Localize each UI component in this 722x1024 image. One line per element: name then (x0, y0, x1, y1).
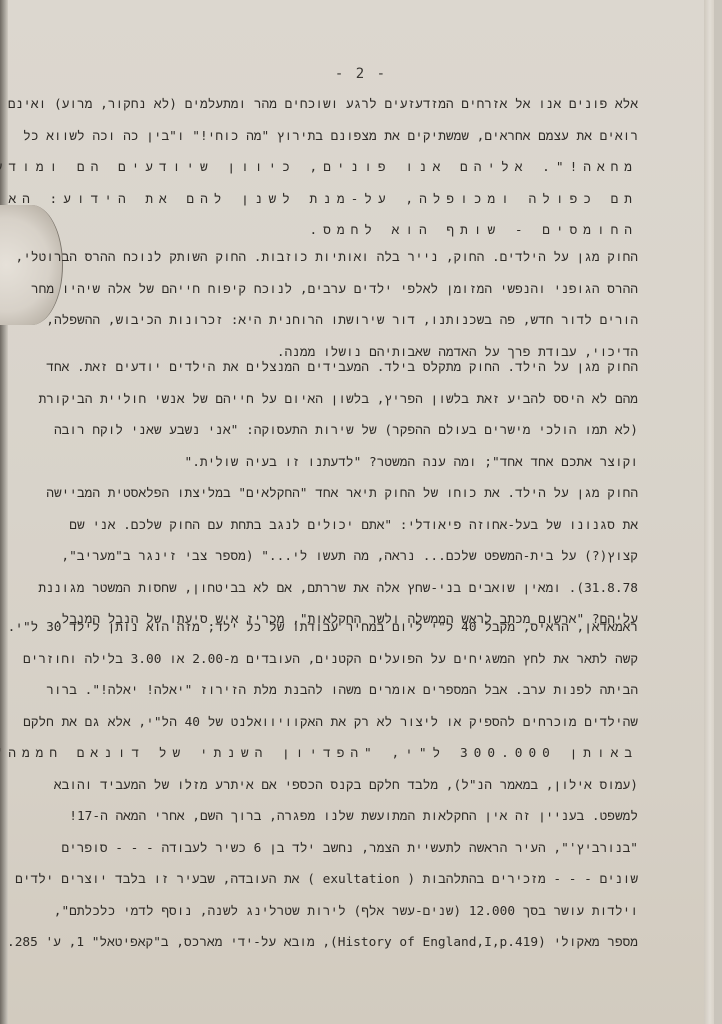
text-line: 31.8.78). ומאין שואבים בני-שחץ אלה את שר… (66, 573, 638, 605)
text-line: רואים את עצמם אחראים, שמשתיקים את מצפונם… (66, 121, 638, 153)
text-line: למשפט. בעניין זה אין החקלאות המתועשת שלנ… (66, 801, 638, 833)
text-line: ראמאדאן, הראיס, מקבל 40 ל"י ליום במחיר ע… (66, 612, 638, 644)
text-line: הביתה לפנות ערב. אבל המספרים אומרים משהו… (66, 675, 638, 707)
text-line: (עמוס אילון, במאמר הנ"ל), מלבד חלקם בקנס… (66, 770, 638, 802)
text-line: החוק מגן על הילדים. החוק, נייר בלה ואותי… (66, 242, 638, 274)
text-line: ההרס הגופני והנפשי המזומן לאלפי ילדים ער… (66, 274, 638, 306)
paragraph-3: החוק מגן על הילד. החוק מתקלס בילד. המעבי… (66, 352, 638, 478)
paragraph-2: החוק מגן על הילדים. החוק, נייר בלה ואותי… (66, 242, 638, 368)
text-line: מחאה!". אליהם אנו פונים, כיוון שיודעים ה… (66, 152, 638, 184)
text-line: "בנורביץ'", העיר הראשה לתעשיית הצמר, נחש… (66, 833, 638, 865)
text-line: שונים - - - מזכירים בהתלהבות ( exultatio… (66, 864, 638, 896)
text-line: (לא תמו הולכי מישרים בעולם ההפקר) של שיר… (66, 415, 638, 447)
text-line: תם כפולה ומכופלה, על-מנת לשנן להם את היד… (66, 184, 638, 216)
text-line: אלא פונים אנו אל אזרחים המזדעזעים לרגע ו… (66, 89, 638, 121)
text-line: את סגנונו של בעל-אחוזה פיאודלי: "אתם יכו… (66, 510, 638, 542)
text-line: החוק מגן על הילד. החוק מתקלס בילד. המעבי… (66, 352, 638, 384)
text-line: קצוץ(?) על בית-המשפט שלכם... נראה, מה תע… (66, 541, 638, 573)
text-line: מהם לא היסס להביע זאת בלשון הפריץ, בלשון… (66, 384, 638, 416)
text-line: החוק מגן על הילד. את כוחו של החוק תיאר א… (66, 478, 638, 510)
page-number: - 2 - (0, 66, 722, 82)
paragraph-1: אלא פונים אנו אל אזרחים המזדעזעים לרגע ו… (66, 89, 638, 247)
text-line: הורים לדור חדש, פה בשכנותנו, דור שירושתו… (66, 305, 638, 337)
page-right-edge (704, 0, 714, 1024)
text-line: מספר מאקולי (History of England,I,p.419)… (66, 927, 638, 959)
text-line: שהילדים מוכרחים להספיק או ליצור לא רק את… (66, 707, 638, 739)
text-line: קשה לתאר את לחץ המשגיחים על הפועלים הקטנ… (66, 644, 638, 676)
text-line: באותן 300.000 ל"י, "הפדיון השנתי של דונא… (66, 738, 638, 770)
text-line: וקוצר אתכם אחד אחד"; ומה ענה המשטר? "לדע… (66, 447, 638, 479)
paragraph-5: ראמאדאן, הראיס, מקבל 40 ל"י ליום במחיר ע… (66, 612, 638, 959)
text-line: וילדות עושר בסך 12.000 (שנים-עשר אלף) לי… (66, 896, 638, 928)
